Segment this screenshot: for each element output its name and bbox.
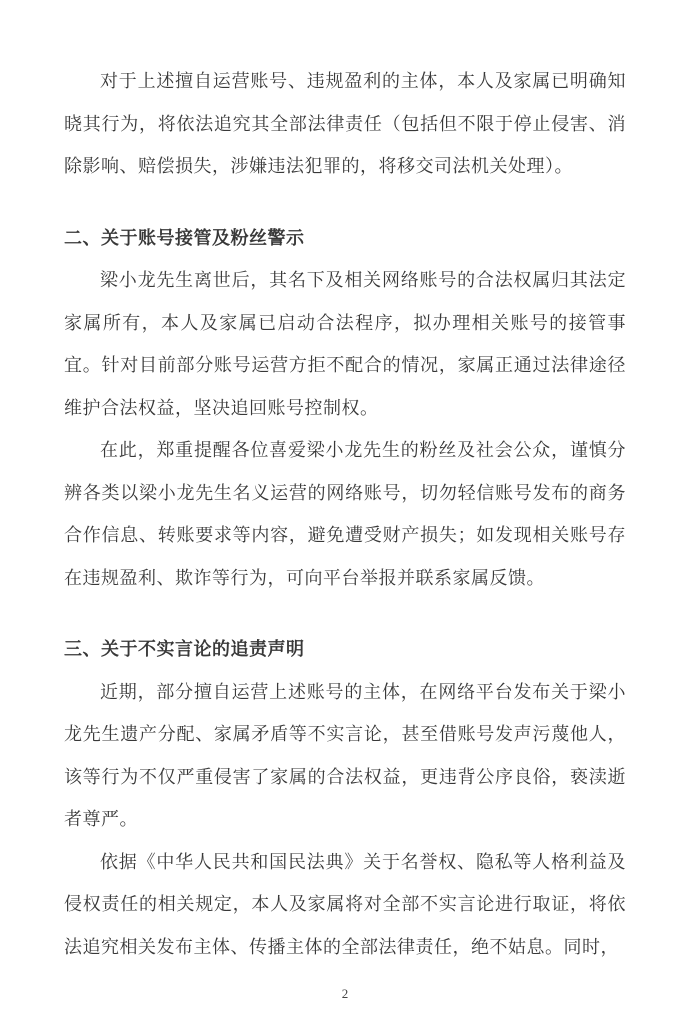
paragraph-civil-code-basis: 依据《中华人民共和国民法典》关于名誉权、隐私等人格利益及侵权责任的相关规定，本人… bbox=[64, 841, 626, 969]
section-heading-account-takeover: 二、关于账号接管及粉丝警示 bbox=[64, 217, 626, 260]
paragraph-account-ownership: 梁小龙先生离世后，其名下及相关网络账号的合法权属归其法定家属所有，本人及家属已启… bbox=[64, 259, 626, 429]
document-page: 对于上述擅自运营账号、违规盈利的主体，本人及家属已明确知晓其行为，将依法追究其全… bbox=[0, 0, 690, 1018]
paragraph-liability-pursuit: 对于上述擅自运营账号、违规盈利的主体，本人及家属已明确知晓其行为，将依法追究其全… bbox=[64, 60, 626, 188]
section-heading-false-statements: 三、关于不实言论的追责声明 bbox=[64, 628, 626, 671]
paragraph-fan-warning: 在此，郑重提醒各位喜爱梁小龙先生的粉丝及社会公众，谨慎分辨各类以梁小龙先生名义运… bbox=[64, 429, 626, 599]
page-number: 2 bbox=[0, 986, 690, 1002]
paragraph-false-rumors: 近期，部分擅自运营上述账号的主体，在网络平台发布关于梁小龙先生遗产分配、家属矛盾… bbox=[64, 671, 626, 841]
